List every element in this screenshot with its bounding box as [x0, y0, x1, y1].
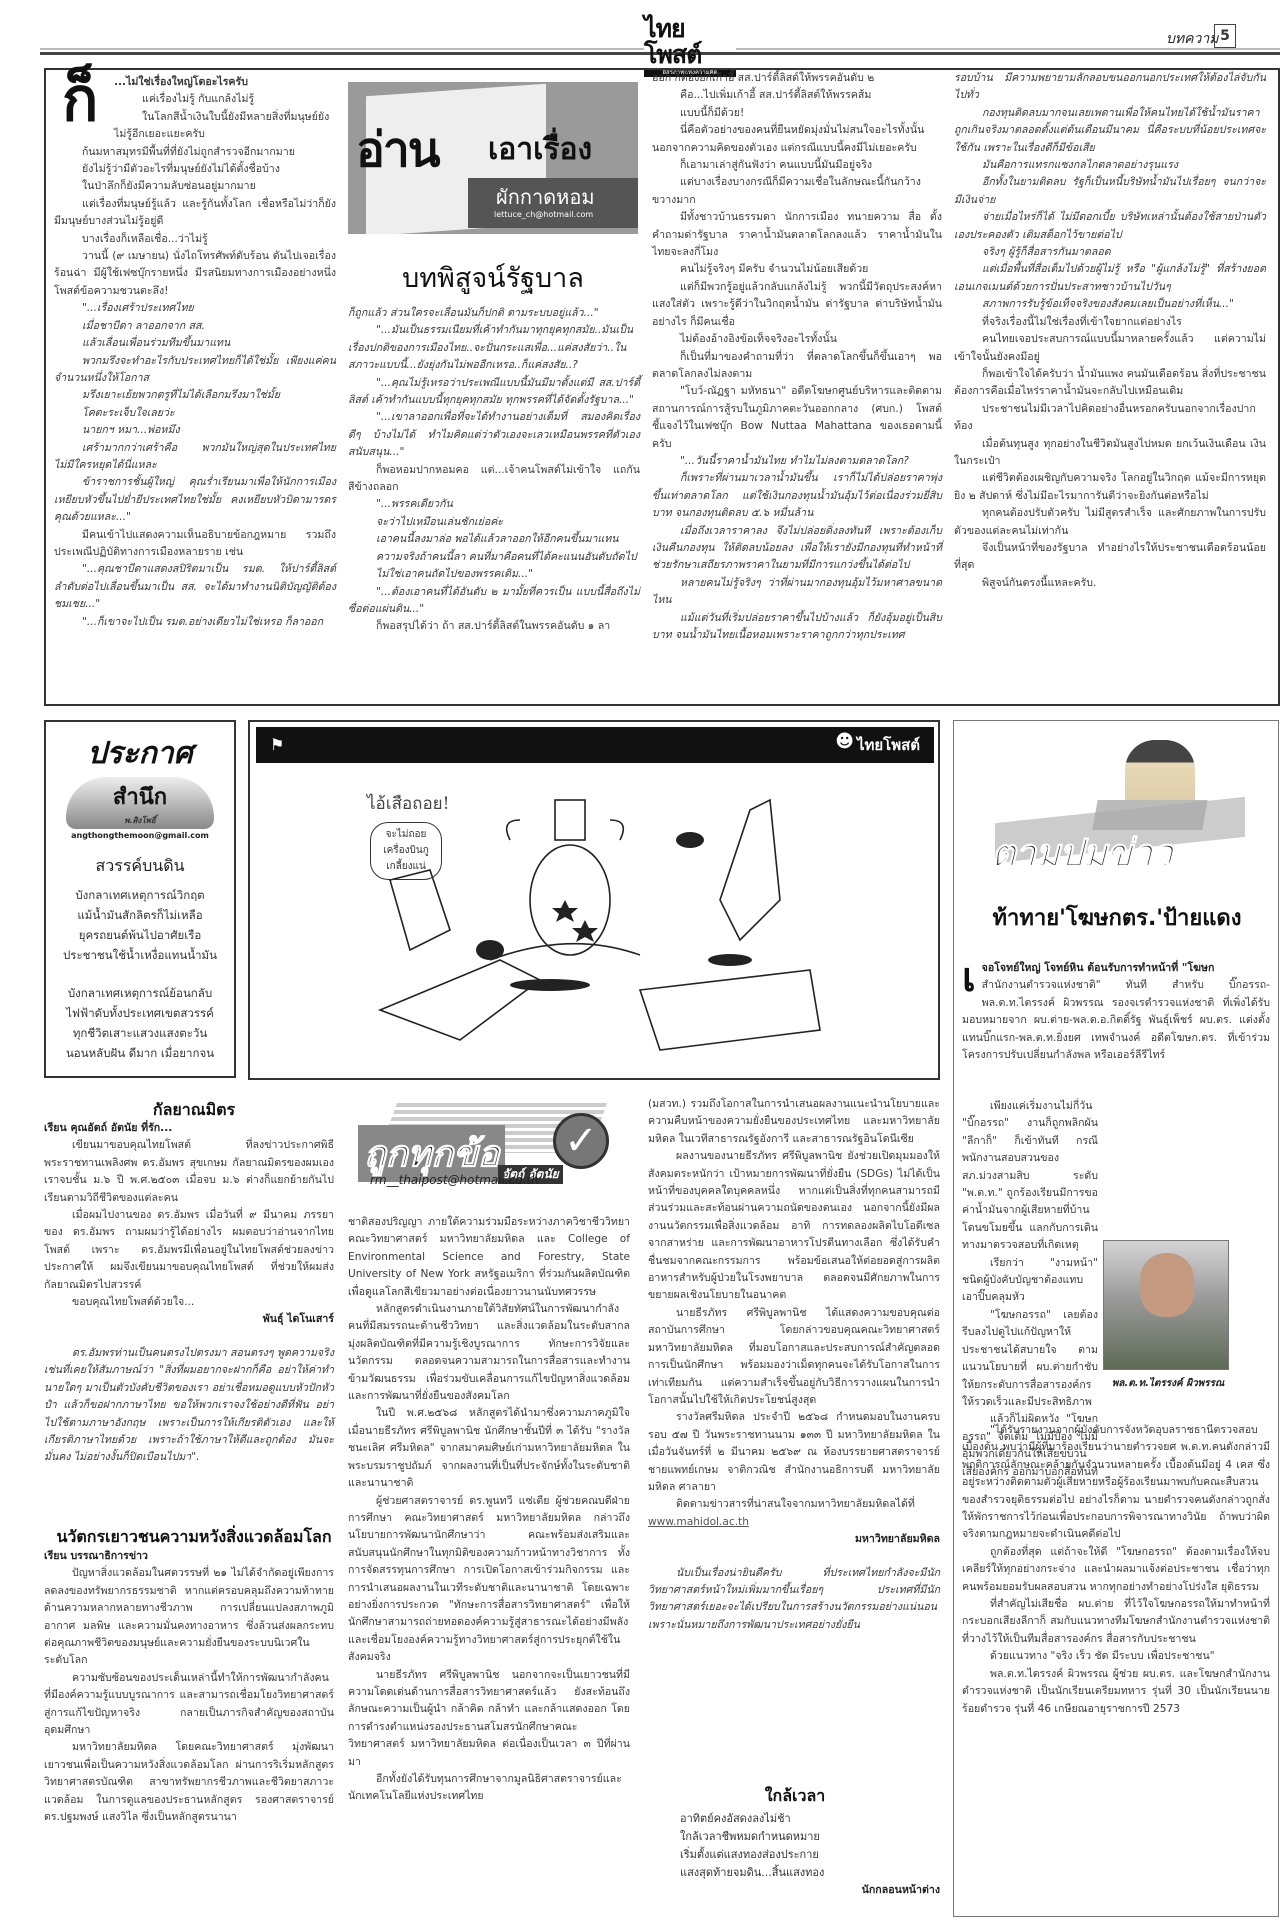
tuktukkho-reply: นับเป็นเรื่องน่ายินดีครับ ที่ประเทศไทยกำ… — [648, 1565, 940, 1635]
tuktukkho-signature: มหาวิทยาลัยมหิดล — [648, 1531, 940, 1548]
paragraph: ก็เป็นที่มาของคำถามที่ว่า ที่ตลาดโลกขึ้น… — [652, 349, 942, 384]
paragraph: ก็พอเข้าใจได้ครับว่า น้ำมันแพง คนมันเดือ… — [954, 366, 1266, 401]
poem-line: ประชาชนใช้น้ำเหงื่อแทนน้ำมัน — [46, 945, 234, 965]
paragraph: "...มันเป็นธรรมเนียมที่เค้าทำกันมาทุกยุค… — [348, 322, 640, 374]
paragraph: "...ก็เขาจะไปเป็น รมต.อย่างเดียวไม่ใช่เห… — [54, 614, 336, 631]
tonpon-dropcap: เ — [962, 960, 976, 996]
poem-line: แม้น้ำมันสักลิตรก็ไม่เหลือ — [46, 905, 234, 925]
paragraph: "...พรรคเดียวกัน — [348, 496, 640, 513]
paragraph: ความซับซ้อนของประเด็นเหล่านี้ทำให้การพัฒ… — [44, 1670, 334, 1740]
banner-email[interactable]: lettuce_ch@hotmail.com — [494, 210, 593, 219]
paragraph: ประชาชนไม่มีเวลาไปคิดอย่างอื่นหรอกครับนอ… — [954, 401, 1266, 436]
poem-line: บังกลาเทศเหตุการณ์ย้อนกลับ — [46, 983, 234, 1003]
poem-line: เครื่องบินกู — [371, 843, 441, 859]
tonpon-headline: ท้าทาย'โฆษกตร.'ป้ายแดง — [962, 900, 1272, 935]
paragraph: รอบบ้าน มีความพยายามลักลอบขนออกนอกประเทศ… — [954, 70, 1266, 105]
banner-title-big: อ่าน — [356, 112, 439, 188]
paragraph: เมื่อผมไปงานของ ดร.อัมพร เมื่อวันที่ ๙ ม… — [44, 1207, 334, 1294]
paragraph: ขอบคุณไทยโพสต์ด้วยใจ... — [44, 1294, 334, 1311]
paragraph: แบบนี้ก็มีด้วย! — [652, 105, 942, 122]
poem-line: บังกลาเทศเหตุการณ์วิกฤต — [46, 885, 234, 905]
paragraph: ปัญหาสิ่งแวดล้อมในศตวรรษที่ ๒๑ ไม่ได้จำก… — [44, 1565, 334, 1669]
poem-line: ไฟฟ้าดับทั้งประเทศเขตสวรรค์ — [46, 1003, 234, 1023]
paragraph: ...ไม่ใช่เรื่องใหญ่โตอะไรครับ — [54, 74, 336, 91]
tonpon-logo-text: ตามปมข่าว — [991, 822, 1172, 883]
logo-name: ไทยโพสต์ — [644, 16, 736, 68]
poem-logo-banner-text: สำนึก — [113, 785, 167, 810]
poem-logo-author: พ.สิงโพธิ์ — [66, 814, 214, 827]
paragraph: ในป่าลึกก็ยังมีความลับซ่อนอยู่มากมาย — [54, 178, 336, 195]
newspaper-logo[interactable]: ไทยโพสต์ อิสรภาพแห่งความคิด — [644, 16, 736, 52]
poem-stanza-2: บังกลาเทศเหตุการณ์ย้อนกลับไฟฟ้าดับทั้งปร… — [46, 983, 234, 1063]
poem-line: จะไม่ถอย — [371, 827, 441, 843]
cartoon-header-bar: ⚑ ☻ ไทยโพสต์ — [256, 727, 934, 763]
paragraph: ติดตามข่าวสารที่น่าสนใจจากมหาวิทยาลัยมหิ… — [648, 1496, 940, 1513]
paragraph: พวกมรึงจะทำอะไรกับประเทศไทยก็ได้ใช่มั้ย … — [54, 353, 336, 388]
paragraph: ข้าราชการชั้นผู้ใหญ่ คุณร่ำเรียนมาเพื่อใ… — [54, 474, 336, 526]
paragraph: มรึงเยาะเย้ยพวกตรูที่ไม่ได้เลือกมรึงมาใช… — [54, 387, 336, 404]
paragraph: "...คุณชาบีดาแสดงสปิริตมาเป็น รมต. ให้ปา… — [54, 561, 336, 613]
paragraph: ถูกต้องที่สุด แต่ถ้าจะให้ดี "โฆษกอรรถ" ต… — [962, 1544, 1270, 1596]
banner-author: ผักกาดหอม — [496, 181, 595, 213]
paragraph: มีคนเข้าไปแสดงความเห็นอธิบายข้อกฎหมาย รว… — [54, 527, 336, 562]
tonpon-lower-column: "ได้รับรายงานจากผู้บังคับการจังหวัดอุบลร… — [962, 1422, 1270, 1718]
paragraph: คนไทยเจอประสบการณ์แบบนี้มาหลายครั้งแล้ว … — [954, 331, 1266, 366]
paragraph: หลักสูตรดำเนินงานภายใต้วิสัยทัศน์ในการพั… — [348, 1301, 630, 1405]
paragraph: "...คุณไม่รู้เหรอว่าประเพณีแบบนี้มันมีมา… — [348, 375, 640, 410]
paragraph: นายธีรภัทร ศรีพิบูลพานิช ได้แสดงความขอบค… — [648, 1305, 940, 1409]
paragraph: "...ต้องเอาคนที่ได้อันดับ ๒ มามั้ยที่ควร… — [348, 584, 640, 619]
paragraph: ไม่ใช่เอาคนถัดไปของพรรคเดิม..." — [348, 566, 640, 583]
officer-photo — [1103, 1240, 1229, 1370]
paragraph: จะว่าไปเหมือนเล่นชักเย่อค่ะ — [348, 514, 640, 531]
tuktukkho-column-a: ชาติสองปริญญา ภายใต้ความร่วมมือระหว่างภา… — [348, 1214, 630, 1806]
paragraph: ไม่ต้องอ้างอิงข้อเท็จจริงอะไรทั้งนั้น — [652, 331, 942, 348]
read-column-4: รอบบ้าน มีความพยายามลักลอบขนออกนอกประเทศ… — [954, 70, 1266, 592]
paragraph: ที่สำคัญไม่เสียชื่อ ผบ.ต่าย ที่ไว้ใจโฆษก… — [962, 1596, 1270, 1648]
paragraph: แม้แต่วันที่เริ่มปล่อยราคาขึ้นไปบ้างแล้ว… — [652, 610, 942, 645]
paragraph: "ได้รับรายงานจากผู้บังคับการจังหวัดอุบลร… — [962, 1422, 1270, 1544]
paragraph: "...เขาลาออกเพื่อที่จะได้ทำงานอย่างเต็มท… — [348, 409, 640, 461]
klaiwela-lines: อาทิตย์คงอัสดงลงไม่ช้าใกล้เวลาชีพหมดกำหน… — [680, 1810, 940, 1882]
paragraph: นายธีรภัทร ศรีพิบูลพานิช นอกจากจะเป็นเยา… — [348, 1667, 630, 1771]
read-column-headline: บทพิสูจน์รัฐบาล — [348, 256, 638, 299]
photo-caption: พล.ต.ท.ไตรรงค์ ผิวพรรณ — [1098, 1376, 1238, 1391]
paragraph: หลายคนไม่รู้จริงๆ ว่าที่ผ่านมากองทุนอุ้ม… — [652, 575, 942, 610]
paragraph: จึงเป็นหน้าที่ของรัฐบาล ทำอย่างไรให้ประช… — [954, 540, 1266, 575]
poem-line: เกลี้ยงแน่ — [371, 859, 441, 875]
paragraph: พล.ต.ท.ไตรรงค์ ผิวพรรณ ผู้ช่วย ผบ.ตร. แล… — [962, 1666, 1270, 1718]
bird-mascot-icon: ⚑ — [270, 735, 284, 754]
paragraph: มหาวิทยาลัยมหิดล โดยคณะวิทยาศาสตร์ มุ่งพ… — [44, 1739, 334, 1826]
paragraph: "...เรื่องเศร้าประเทศไทย — [54, 300, 336, 317]
paragraph: แต่เมื่อพื้นที่สื่อเต็มไปด้วยผู้ไม่รู้ ห… — [954, 261, 1266, 296]
paragraph: จ่ายเมื่อไหร่ก็ได้ ไม่มีดอกเบี้ย บริษัทเ… — [954, 209, 1266, 244]
paragraph: บางเรื่องก็เหลือเชื่อ...ว่าไม่รู้ — [54, 231, 336, 248]
cartoon-brand: ไทยโพสต์ — [857, 733, 920, 757]
paragraph: แล้วเลื่อนเพื่อนร่วมทีมขึ้นมาแทน — [54, 335, 336, 352]
paragraph: (มสวท.) รวมถึงโอกาสในการนำเสนอผลงานแนะนำ… — [648, 1096, 940, 1148]
klaiwela-title: ใกล้เวลา — [640, 1784, 950, 1809]
paragraph: "โฆษกอรรถ" เลยต้องรีบลงไปดูไปแก้ปัญหาให้… — [962, 1307, 1098, 1411]
paragraph: พิสูจน์กันตรงนี้แหละครับ. — [954, 575, 1266, 592]
poem-line: เริ่มตั้งแต่แสงทองส่องประกาย — [680, 1846, 940, 1864]
paragraph: กองทุนติดลบมากจนเลยเพดานเพื่อให้คนไทยได้… — [954, 105, 1266, 157]
paragraph: สภาพการรับรู้ข้อเท็จจริงของสังคมเลยเป็นอ… — [954, 296, 1266, 313]
banner-title-small: เอาเรื่อง — [488, 126, 592, 173]
poem-box: ประกาศ สำนึก พ.สิงโพธิ์ angthongthemoon@… — [44, 720, 236, 1078]
poem-line: ยุครถยนต์พ้นไปอาศัยเรือ — [46, 925, 234, 945]
paragraph: แต่ชีวิตต้องเผชิญกับความจริง โลกอยู่ในวิ… — [954, 470, 1266, 505]
paragraph: แต่เรื่องที่มนุษย์รู้แล้ว และรู้กันทั้งโ… — [54, 196, 336, 231]
cartoon-shout-text: ไอ้เสือถอย! — [367, 790, 449, 817]
paragraph: ทุกคนต้องปรับตัวครับ ไม่มีสูตรสำเร็จ และ… — [954, 505, 1266, 540]
paragraph: ก้นมหาสมุทรมีพื้นที่ที่ยังไม่ถูกสำรวจอีก… — [54, 144, 336, 161]
poem-title: สวรรค์บนดิน — [46, 854, 234, 879]
poem-line: แสงสุดท้ายจมดิน...สิ้นแสงทอง — [680, 1864, 940, 1882]
paragraph: เอาคนนี้ลงมาล่อ พอได้แล้วลาออกให้อีกคนขึ… — [348, 531, 640, 548]
paragraph: แต่บางเรื่องบางกรณีก็มีความเชื่อในลักษณะ… — [652, 174, 942, 209]
paragraph: มีทั้งชาวบ้านธรรมดา นักการเมือง ทนายความ… — [652, 209, 942, 261]
kalyanamit-greeting: เรียน คุณอัตถ์ อัตนัย ที่รัก... — [44, 1120, 334, 1137]
paragraph: ออก ก็ต้องยกเก้าอี้ สส.ปาร์ตี้ลิสต์ให้พร… — [652, 70, 942, 87]
paragraph: เมื่อชาบีดา ลาออกจาก สส. — [54, 318, 336, 335]
section-label: บทความ — [1166, 28, 1218, 50]
poem-line: อาทิตย์คงอัสดงลงไม่ช้า — [680, 1810, 940, 1828]
poem-line: ทุกชีวิตเสาะแสวงแสงตะวัน — [46, 1023, 234, 1043]
paragraph: "โบว์-ณัฏฐา มหัทธนา" อดีตโฆษกศูนย์บริหาร… — [652, 383, 942, 453]
paragraph: ยังไม่รู้ว่ามีตัวอะไรที่มนุษย์ยังไม่ได้ต… — [54, 161, 336, 178]
paragraph: รางวัลศรีมหิดล ประจำปี ๒๕๖๘ กำหนดมอบในงา… — [648, 1409, 940, 1496]
paragraph: วานนี้ (๙ เมษายน) นั่งไถโทรศัพท์ดับร้อน … — [54, 248, 336, 300]
poem-logo-banner: สำนึก พ.สิงโพธิ์ — [66, 777, 214, 829]
paragraph: ชาติสองปริญญา ภายใต้ความร่วมมือระหว่างภา… — [348, 1214, 630, 1301]
paragraph: ก็พอหอมปากหอมคอ แต่...เจ้าคนโพสต์ไม่เข้า… — [348, 462, 640, 497]
paragraph: เมื่อต้นทุนสูง ทุกอย่างในชีวิตมันสูงไปหม… — [954, 436, 1266, 471]
innovator-greeting: เรียน บรรณาธิการข่าว — [44, 1548, 334, 1565]
poem-logo-script: ประกาศ — [46, 730, 234, 777]
paragraph: ด้วยแนวทาง "จริง เร็ว ชัด มีระบบ เพื่อปร… — [962, 1648, 1270, 1665]
read-column-1: ...ไม่ใช่เรื่องใหญ่โตอะไรครับแค่เรื่องไม… — [54, 74, 336, 631]
read-column-2: ก็ถูกแล้ว ส่วนใครจะเลื่อนมันก็ปกติ ตามระ… — [348, 305, 640, 636]
innovator-body: เรียน บรรณาธิการข่าว ปัญหาสิ่งแวดล้อมในศ… — [44, 1548, 334, 1827]
paragraph: โคตะระเจ็บใจเลยว่ะ — [54, 405, 336, 422]
tonpon-lead: เ จอโจทย์ใหญ่ โจทย์หิน ต้อนรับการทำหน้าท… — [962, 960, 1270, 1064]
tuktukkho-email[interactable]: rm__thaipost@hotmail.co.th — [370, 1173, 539, 1187]
paragraph: "...วันนี้ราคาน้ำมันไทย ทำไมไม่ลงตามตลาด… — [652, 453, 942, 470]
paragraph: เขียนมาขอบคุณไทยโพสต์ ที่ลงข่าวประกาศพิธ… — [44, 1137, 334, 1207]
page-number: 5 — [1214, 24, 1236, 48]
paragraph: คือ...ไปเพิ่มเก้าอี้ สส.ปาร์ตี้ลิสต์ให้พ… — [652, 87, 942, 104]
paragraph: ก็เพราะที่ผ่านมาเวลาน้ำมันขึ้น เราก็ไม่ไ… — [652, 470, 942, 522]
paragraph: แค่เรื่องไม่รู้ กับแกล้งไม่รู้ — [54, 91, 336, 108]
paragraph: ก็พอสรุปได้ว่า ถ้า สส.ปาร์ตี้ลิสต์ในพรรค… — [348, 618, 640, 635]
paragraph: อีกทั้งยังได้รับทุนการศึกษาจากมูลนิธิศาส… — [348, 1771, 630, 1806]
paragraph: ในโลกสีน้ำเงินใบนี้ยังมีหลายสิ่งที่มนุษย… — [54, 109, 336, 144]
paragraph: คนไม่รู้จริงๆ มีครับ จำนวนไม่น้อยเสียด้ว… — [652, 261, 942, 278]
paragraph: เพียงแค่เริ่มงานไม่กี่วัน "บิ๊กอรรถ" งาน… — [962, 1098, 1098, 1255]
read-column-3: ออก ก็ต้องยกเก้าอี้ สส.ปาร์ตี้ลิสต์ให้พร… — [652, 70, 942, 644]
paragraph: เรียกว่า "งามหน้า" ชนิดผู้บังคับบัญชาต้อ… — [962, 1255, 1098, 1307]
paragraph: ความจริงถ้าคนนี้ลา คนที่มาคือคนที่ได้คะแ… — [348, 549, 640, 566]
paragraph: เมื่อถึงเวลาราคาลง จึงไม่ปล่อยดิ่งลงทันท… — [652, 523, 942, 575]
paragraph: ผู้ช่วยศาสตราจารย์ ดร.พูนทวี แซ่เตีย ผู้… — [348, 1493, 630, 1667]
kalyanamit-signature: พันธุ์ ไดโนเสาร์ — [44, 1311, 334, 1328]
poem-stanza-1: บังกลาเทศเหตุการณ์วิกฤตแม้น้ำมันสักลิตรก… — [46, 885, 234, 965]
poem-line: ใกล้เวลาชีพหมดกำหนดหมาย — [680, 1828, 940, 1846]
poem-email[interactable]: angthongthemoon@gmail.com — [46, 831, 234, 840]
klaiwela-signature: นักกลอนหน้าต่าง — [680, 1882, 940, 1899]
paragraph: นี่คือตัวอย่างของคนที่ยืนหยัดมุ่งมั่นไม่… — [652, 122, 942, 157]
paragraph: จริงๆ ผู้รู้ก็สื่อสารกันมาตลอด — [954, 244, 1266, 261]
tuktukkho-column-b: (มสวท.) รวมถึงโอกาสในการนำเสนอผลงานแนะนำ… — [648, 1096, 940, 1634]
paragraph: ก็เอามาเล่าสู่กันฟังว่า คนแบบนี้มันมีอยู… — [652, 157, 942, 174]
paragraph: สำนักงานตำรวจแห่งชาติ" ทันที สำหรับ บิ๊ก… — [962, 977, 1270, 1064]
officer-face — [1140, 1253, 1194, 1317]
kalyanamit-body: เรียน คุณอัตถ์ อัตนัย ที่รัก... เขียนมาข… — [44, 1120, 334, 1467]
paragraph: ก็ถูกแล้ว ส่วนใครจะเลื่อนมันก็ปกติ ตามระ… — [348, 305, 640, 322]
mahidol-link[interactable]: www.mahidol.ac.th — [648, 1514, 940, 1531]
klaiwela-poem: อาทิตย์คงอัสดงลงไม่ช้าใกล้เวลาชีพหมดกำหน… — [680, 1810, 940, 1899]
mascot-icon: ☻ — [835, 731, 854, 752]
kalyanamit-reply: ดร.อัมพรท่านเป็นคนตรงไปตรงมา สอนตรงๆ พูด… — [44, 1345, 334, 1467]
paragraph: มันคือการแทรกแซงกลไกตลาดอย่างรุนแรง — [954, 157, 1266, 174]
tonpon-lead-bold: จอโจทย์ใหญ่ โจทย์หิน ต้อนรับการทำหน้าที่… — [962, 960, 1270, 977]
read-column-banner: อ่าน เอาเรื่อง ผักกาดหอม lettuce_ch@hotm… — [348, 82, 638, 234]
paragraph: ผลงานของนายธีรภัทร ศรีพิบูลพานิช ยังช่วย… — [648, 1148, 940, 1305]
tonpon-logo: ตามปมข่าว — [975, 740, 1255, 890]
checkmark-icon: ✓ — [553, 1113, 609, 1169]
paragraph: ที่จริงเรื่องนี้ไม่ใช่เรื่องที่เข้าใจยาก… — [954, 314, 1266, 331]
paragraph: อีกทั้งในยามติดลบ รัฐก็เป็นหนี้บริษัทน้ำ… — [954, 174, 1266, 209]
cartoon-thought-bubble: จะไม่ถอยเครื่องบินกูเกลี้ยงแน่ — [370, 822, 442, 880]
paragraph: ในปี พ.ศ.๒๕๖๘ หลักสูตรได้นำมาซึ่งความภาค… — [348, 1405, 630, 1492]
paragraph: นายกฯ หมา...พ่อหมึง — [54, 422, 336, 439]
poem-line: นอนหลับฝัน ดีมาก เมื่อยากจน — [46, 1043, 234, 1063]
paragraph: เศร้ามากกว่าเศร้าคือ พวกมันใหญ่สุดในประเ… — [54, 440, 336, 475]
paragraph: แต่ก็มีพวกรู้อยู่แล้วกลับแกล้งไม่รู้ พวก… — [652, 279, 942, 331]
innovator-title: นวัตกรเยาวชนความหวังสิ่งแวดล้อมโลก — [44, 1525, 344, 1550]
